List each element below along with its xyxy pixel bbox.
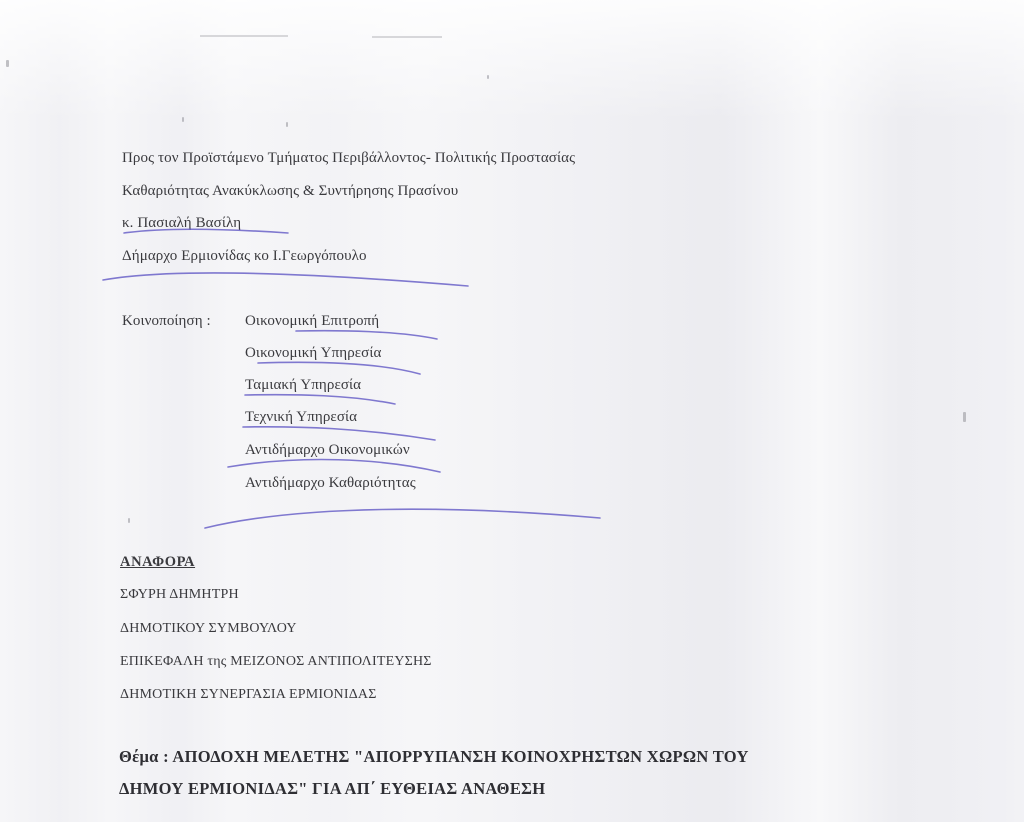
scan-speck	[128, 518, 130, 523]
subject-line: Θέμα : ΑΠΟΔΟΧΗ ΜΕΛΕΤΗΣ "ΑΠΟΡΡΥΠΑΝΣΗ ΚΟΙΝ…	[119, 749, 749, 766]
sender-line: ΕΠΙΚΕΦΑΛΗ της ΜΕΙΖΟΝΟΣ ΑΝΤΙΠΟΛΙΤΕΥΣΗΣ	[120, 655, 432, 669]
copy-recipient: Αντιδήμαρχο Οικονομικών	[245, 443, 410, 458]
copy-recipient: Οικονομική Επιτροπή	[245, 314, 379, 329]
scan-speck	[487, 75, 489, 79]
copies-label: Κοινοποίηση :	[122, 314, 211, 329]
addressee-line-mayor: Δήμαρχο Ερμιονίδας κο Ι.Γεωργόπουλο	[122, 249, 367, 264]
addressee-line-department-cont: Καθαριότητας Ανακύκλωσης & Συντήρησης Πρ…	[122, 184, 458, 199]
copy-recipient: Αντιδήμαρχο Καθαριότητας	[245, 476, 416, 491]
scan-speck	[286, 122, 288, 127]
scan-speck	[963, 412, 966, 422]
addressee-line-name: κ. Πασιαλή Βασίλη	[122, 216, 241, 231]
sender-line: ΣΦΥΡΗ ΔΗΜΗΤΡΗ	[120, 588, 239, 602]
sender-line: ΔΗΜΟΤΙΚΟΥ ΣΥΜΒΟΥΛΟΥ	[120, 622, 297, 636]
copy-recipient: Οικονομική Υπηρεσία	[245, 346, 381, 361]
scan-speck	[182, 117, 184, 122]
copy-recipient: Ταμιακή Υπηρεσία	[245, 378, 361, 393]
report-heading: ΑΝΑΦΟΡΑ	[120, 555, 195, 570]
scan-artifact-line	[200, 35, 288, 37]
copy-recipient: Τεχνική Υπηρεσία	[245, 410, 357, 425]
scan-artifact-line	[372, 36, 442, 38]
addressee-line-department: Προς τον Προϊστάμενο Τμήματος Περιβάλλον…	[122, 151, 575, 166]
sender-line: ΔΗΜΟΤΙΚΗ ΣΥΝΕΡΓΑΣΙΑ ΕΡΜΙΟΝΙΔΑΣ	[120, 688, 377, 702]
subject-line: ΔΗΜΟΥ ΕΡΜΙΟΝΙΔΑΣ" ΓΙΑ ΑΠ΄ ΕΥΘΕΙΑΣ ΑΝΑΘΕΣ…	[119, 781, 545, 798]
scan-speck	[6, 60, 9, 67]
